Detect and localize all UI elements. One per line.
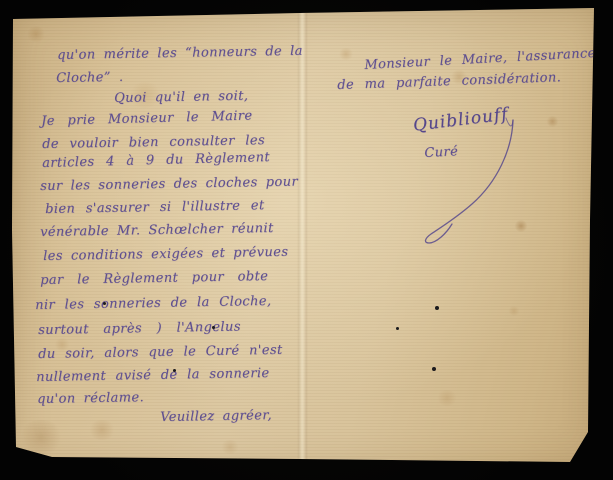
handwriting-line: articles 4 à 9 du Règlement — [42, 150, 270, 171]
handwriting-line: nir les sonneries de la Cloche, — [35, 294, 272, 313]
paper-stain — [508, 306, 520, 316]
signature: Quibliouff — [412, 104, 510, 136]
paper-stain — [18, 420, 64, 454]
ink-dot — [432, 367, 436, 371]
handwriting-line: Je prie Monsieur le Maire — [41, 108, 253, 129]
handwriting-line: qu'on réclame. — [37, 390, 144, 407]
ink-speck — [103, 302, 106, 305]
handwriting-line: sur les sonneries des cloches pour — [40, 174, 298, 193]
signer-title: Curé — [424, 144, 459, 161]
handwriting-line: nullement avisé de la sonnerie — [36, 366, 270, 385]
handwriting-line: Cloche” . — [56, 70, 124, 86]
handwriting-line: de vouloir bien consulter les — [42, 133, 265, 152]
handwriting-line: les conditions exigées et prévues — [43, 245, 288, 264]
letter-paper-sheet: qu'on mérite les “honneurs de la Cloche”… — [0, 0, 613, 480]
fold-crease — [298, 10, 307, 460]
ink-speck — [212, 326, 215, 329]
paper-stain — [436, 390, 458, 406]
handwriting-line: qu'on mérite les “honneurs de la — [57, 44, 303, 63]
paper-stain — [26, 26, 46, 42]
closing-line: de ma parfaite considération. — [337, 70, 561, 93]
paper-stain — [338, 48, 354, 60]
handwriting-line: vénérable Mr. Schœlcher réunit — [40, 221, 274, 240]
paper-stain — [88, 420, 116, 440]
scanned-letter: qu'on mérite les “honneurs de la Cloche”… — [0, 0, 613, 480]
paper-stain — [514, 220, 528, 232]
paper-stain — [220, 440, 240, 454]
ink-dot — [396, 327, 399, 330]
handwriting-line: Veuillez agréer, — [160, 408, 272, 425]
handwriting-line: du soir, alors que le Curé n'est — [38, 343, 283, 362]
handwriting-line: surtout après ) l'Angelus — [38, 319, 241, 338]
paper-stain — [546, 116, 559, 127]
ink-dot — [435, 306, 439, 310]
ink-speck — [173, 369, 176, 372]
handwriting-line: bien s'assurer si l'illustre et — [45, 198, 265, 217]
handwriting-line: par le Règlement pour obte — [40, 269, 268, 288]
handwriting-line: Quoi qu'il en soit, — [114, 89, 248, 106]
closing-line: Monsieur le Maire, l'assurance — [364, 46, 596, 73]
